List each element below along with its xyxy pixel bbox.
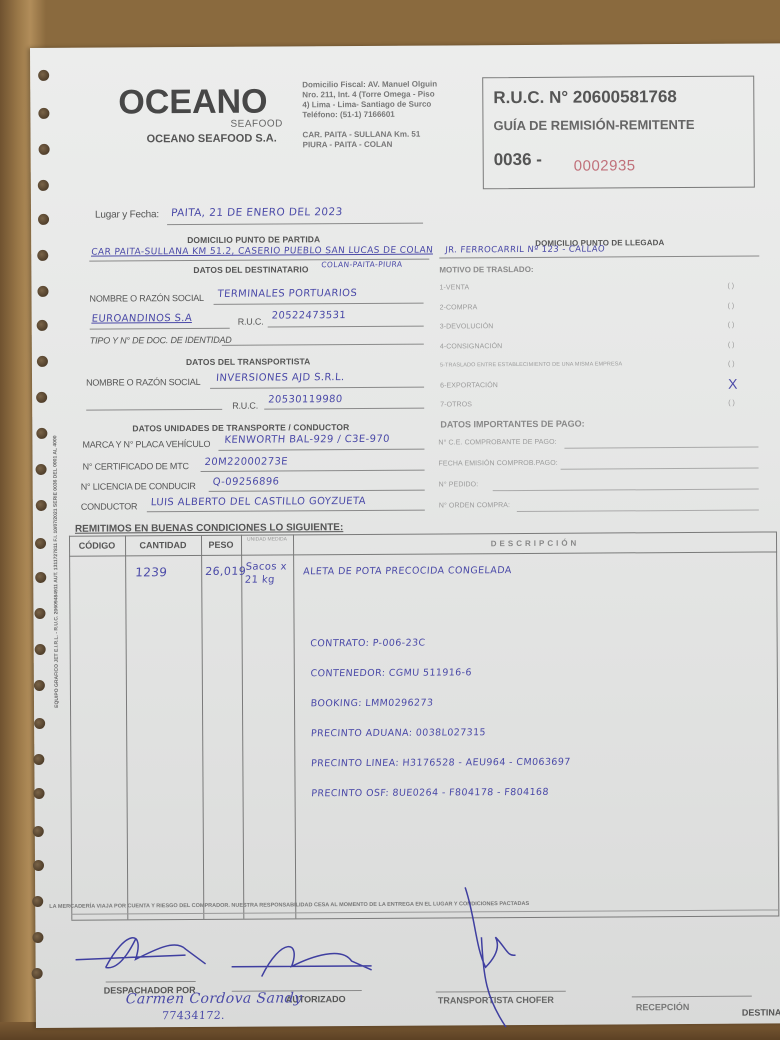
transfer-reason-label: 4-CONSIGNACIÓN: [440, 343, 503, 350]
company-logo: OCEANO: [118, 83, 267, 123]
carrier-ruc-value: 20530119980: [268, 394, 343, 405]
document-series: 0036 -: [494, 150, 542, 170]
item-weight: 26,019: [205, 565, 247, 578]
document-type: GUÍA DE REMISIÓN-REMITENTE: [493, 117, 694, 133]
recipient-ruc-label: R.U.C.: [238, 317, 264, 327]
col-weight: PESO: [201, 540, 241, 550]
recipient-name-value: TERMINALES PORTUARIOS: [217, 288, 357, 300]
company-legal-name: OCEANO SEAFOOD S.A.: [147, 132, 277, 145]
company-logo-sub: SEAFOOD: [230, 118, 282, 129]
transfer-reason-option: 2-COMPRA( ): [440, 299, 750, 320]
driver-signature: [445, 877, 526, 1037]
payment-field-input[interactable]: [564, 447, 758, 449]
item-note: CONTRATO: P-006-23C: [309, 637, 571, 669]
transfer-reason-checkbox[interactable]: ( ): [728, 341, 735, 348]
printer-info: EQUIPO GRAFICO JET E.I.R.L. - R.U.C. 206…: [52, 435, 60, 707]
transfer-reason-option: 3-DEVOLUCIÓN( ): [440, 319, 750, 340]
license-label: N° LICENCIA DE CONDUCIR: [81, 481, 196, 492]
place-date-value: PAITA, 21 DE ENERO DEL 2023: [171, 206, 343, 219]
col-description: DESCRIPCIÓN: [293, 537, 777, 549]
remission-guide-document: OCEANO SEAFOOD OCEANO SEAFOOD S.A. Domic…: [30, 43, 780, 1028]
payment-field: N° PEDIDO:: [439, 476, 759, 499]
payment-fields: N° C.E. COMPROBANTE DE PAGO:FECHA EMISIÓ…: [438, 434, 759, 520]
carrier-name-value: INVERSIONES AJD S.R.L.: [216, 372, 345, 384]
transfer-reason-list: 1-VENTA( )2-COMPRA( )3-DEVOLUCIÓN( )4-CO…: [439, 280, 750, 418]
transfer-reason-option: 4-CONSIGNACIÓN( ): [440, 338, 750, 359]
vehicle-plate-label: MARCA Y N° PLACA VEHÍCULO: [82, 439, 210, 450]
mtc-certificate-label: N° CERTIFICADO DE MTC: [83, 461, 189, 472]
payment-field: N° C.E. COMPROBANTE DE PAGO:: [438, 434, 758, 457]
transfer-reason-label: 3-DEVOLUCIÓN: [440, 323, 494, 330]
col-unit: UNIDAD MEDIDA: [245, 536, 289, 542]
authorizer-signature: [221, 926, 381, 987]
place-date-label: Lugar y Fecha:: [95, 209, 159, 220]
transfer-reason-label: 5-TRASLADO ENTRE ESTABLECIMIENTO DE UNA …: [440, 361, 622, 368]
item-note: CONTENEDOR: CGMU 511916-6: [309, 667, 571, 699]
vehicle-title: DATOS UNIDADES DE TRANSPORTE / CONDUCTOR: [132, 422, 349, 433]
item-note: PRECINTO LINEA: H3176528 - AEU964 - CM06…: [309, 757, 571, 789]
dispatcher-name: Carmen Cordova Sandy: [125, 990, 303, 1007]
item-note: PRECINTO OSF: 8UE0264 - F804178 - F80416…: [310, 787, 572, 819]
transfer-reason-checkbox[interactable]: ( ): [727, 283, 734, 290]
departure-address-cont: COLAN-PAITA-PIURA: [321, 260, 403, 269]
items-table: CÓDIGO CANTIDAD PESO UNIDAD MEDIDA DESCR…: [69, 531, 779, 919]
arrival-address: JR. FERROCARRIL Nº 123 - CALLAO: [445, 244, 605, 255]
recipient-title: DATOS DEL DESTINATARIO: [193, 264, 308, 275]
reception-label: RECEPCIÓN: [636, 1002, 690, 1012]
transfer-reason-label: 7-OTROS: [440, 401, 472, 408]
col-code: CÓDIGO: [69, 540, 125, 550]
items-title: REMITIMOS EN BUENAS CONDICIONES LO SIGUI…: [75, 522, 343, 535]
departure-title: DOMICILIO PUNTO DE PARTIDA: [187, 234, 320, 245]
vehicle-plate-value: KENWORTH BAL-929 / C3E-970: [224, 434, 390, 446]
document-number: 0002935: [574, 157, 636, 174]
mtc-certificate-value: 20M22000273E: [204, 456, 288, 468]
transfer-reason-option: 5-TRASLADO ENTRE ESTABLECIMIENTO DE UNA …: [440, 358, 750, 379]
payment-field-label: N° C.E. COMPROBANTE DE PAGO:: [438, 439, 556, 447]
transfer-reason-checkbox[interactable]: ( ): [728, 322, 735, 329]
payment-field: N° ORDEN COMPRA:: [439, 497, 759, 520]
payment-field-input[interactable]: [517, 510, 759, 512]
payment-field-label: N° ORDEN COMPRA:: [439, 502, 510, 509]
recipient-name-cont: EUROANDINOS S.A: [91, 313, 192, 325]
item-description: ALETA DE POTA PRECOCIDA CONGELADA: [303, 565, 512, 577]
transfer-reason-option: 7-OTROS( ): [440, 397, 750, 418]
ruc-box: R.U.C. N° 20600581768 GUÍA DE REMISIÓN-R…: [482, 76, 755, 190]
ruc-number: R.U.C. N° 20600581768: [493, 87, 677, 108]
item-note: BOOKING: LMM0296273: [309, 697, 571, 729]
transfer-reason-label: 2-COMPRA: [440, 304, 478, 311]
transfer-reason-checkbox[interactable]: ( ): [728, 400, 735, 407]
item-note: PRECINTO ADUANA: 0038L027315: [309, 727, 571, 759]
carrier-name-label: NOMBRE O RAZÓN SOCIAL: [86, 377, 200, 388]
payment-field-label: N° PEDIDO:: [439, 481, 479, 488]
company-fiscal-address: Domicilio Fiscal: AV. Manuel Olguin Nro.…: [302, 80, 437, 121]
recipient-doc-label: TIPO Y N° DE DOC. DE IDENTIDAD: [90, 335, 232, 346]
payment-field-label: FECHA EMISIÓN COMPROB.PAGO:: [439, 460, 558, 468]
item-quantity: 1239: [135, 565, 168, 579]
driver-value: LUIS ALBERTO DEL CASTILLO GOYZUETA: [150, 496, 366, 508]
transfer-reason-checkbox[interactable]: ( ): [728, 361, 735, 368]
driver-label: CONDUCTOR: [81, 501, 138, 511]
license-value: Q-09256896: [212, 476, 279, 487]
dispatcher-signature: [65, 919, 215, 980]
transfer-reason-option: 6-EXPORTACIÓNX: [440, 377, 750, 398]
transfer-reason-checkbox[interactable]: ( ): [728, 302, 735, 309]
transfer-reason-label: 6-EXPORTACIÓN: [440, 382, 498, 389]
recipient-name-label: NOMBRE O RAZÓN SOCIAL: [90, 293, 204, 304]
transfer-reason-label: 1-VENTA: [439, 284, 469, 291]
dispatcher-id: 77434172.: [161, 1009, 225, 1022]
item-unit: Sacos x 21 kg: [244, 560, 290, 586]
transfer-reason-option: 1-VENTA( ): [439, 280, 749, 301]
payment-field: FECHA EMISIÓN COMPROB.PAGO:: [439, 455, 759, 478]
item-notes: CONTRATO: P-006-23CCONTENEDOR: CGMU 5119…: [310, 637, 571, 819]
payment-title: DATOS IMPORTANTES DE PAGO:: [440, 419, 584, 430]
departure-address: CAR PAITA-SULLANA KM 51.2, CASERIO PUEBL…: [91, 246, 434, 258]
transfer-reason-checkbox[interactable]: X: [728, 375, 737, 391]
carrier-ruc-label: R.U.C.: [232, 401, 258, 411]
col-quantity: CANTIDAD: [125, 540, 201, 550]
carrier-title: DATOS DEL TRANSPORTISTA: [186, 356, 311, 367]
transfer-reason-title: MOTIVO DE TRASLADO:: [439, 265, 533, 275]
company-plant-address: CAR. PAITA - SULLANA Km. 51 PIURA - PAIT…: [303, 130, 421, 151]
recipient-label: DESTINATARIO: [742, 1007, 780, 1017]
payment-field-input[interactable]: [493, 489, 759, 492]
payment-field-input[interactable]: [561, 468, 759, 470]
recipient-ruc-value: 20522473531: [271, 310, 346, 321]
